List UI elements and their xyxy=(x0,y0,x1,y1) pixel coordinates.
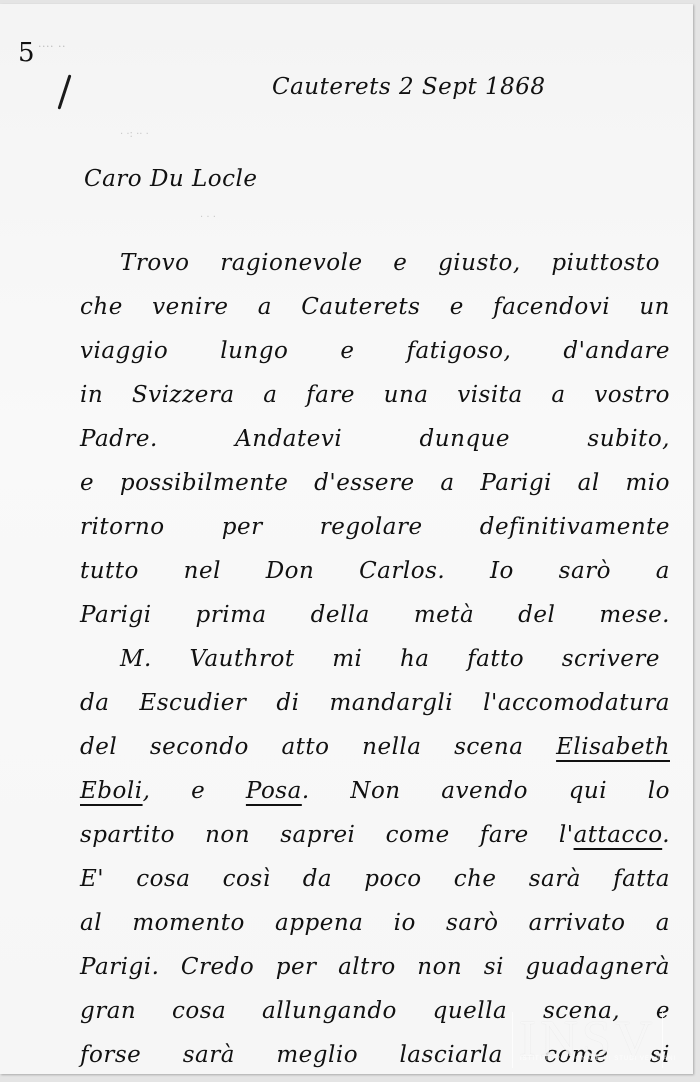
body-line-12: del secondo atto nella scena Elisabeth xyxy=(80,734,670,760)
body-line-8: tutto nel Don Carlos. Io sarò a xyxy=(80,558,670,584)
body-line-14: spartito non saprei come fare l'attacco. xyxy=(80,822,670,848)
archive-watermark-subtext: ISTITUTO NAZIONALE DI STUDI VERDIANI xyxy=(520,1056,676,1062)
underlined-word: attacco xyxy=(574,822,663,848)
body-line-4: in Svizzera a fare una visita a vostro xyxy=(80,382,670,408)
body-line-13: Eboli, e Posa. Non avendo qui lo xyxy=(80,778,670,804)
body-line-10: M. Vauthrot mi ha fatto scrivere xyxy=(120,646,660,672)
underlined-word: Elisabeth xyxy=(556,734,670,760)
body-line-16: al momento appena io sarò arrivato a xyxy=(80,910,670,936)
body-line-2: che venire a Cauterets e facendovi un xyxy=(80,294,670,320)
ink-specks: · · · xyxy=(200,212,216,223)
body-line-15: E' cosa così da poco che sarà fatta xyxy=(80,866,670,892)
body-line-17: Parigi. Credo per altro non si guadagner… xyxy=(80,954,670,980)
underlined-word: Eboli xyxy=(80,778,143,804)
underlined-word: Posa xyxy=(246,778,302,804)
letter-page: 5 ···· ·· Cauterets 2 Sept 1868 Caro Du … xyxy=(0,4,693,1074)
body-line-3: viaggio lungo e fatigoso, d'andare xyxy=(80,338,670,364)
body-line-1: Trovo ragionevole e giusto, piuttosto xyxy=(120,250,660,276)
body-line-9: Parigi prima della metà del mese. xyxy=(80,602,670,628)
dateline: Cauterets 2 Sept 1868 xyxy=(272,74,546,100)
salutation: Caro Du Locle xyxy=(84,166,258,192)
archive-number: 5 xyxy=(18,38,35,68)
archive-note-faint: ···· ·· xyxy=(38,40,66,53)
folio-mark xyxy=(58,74,72,109)
body-line-11: da Escudier di mandargli l'accomodatura xyxy=(80,690,670,716)
body-line-7: ritorno per regolare definitivamente xyxy=(80,514,670,540)
body-line-6: e possibilmente d'essere a Parigi al mio xyxy=(80,470,670,496)
ink-specks: · ·: ·· · xyxy=(120,129,149,140)
body-line-5: Padre. Andatevi dunque subito, xyxy=(80,426,670,452)
